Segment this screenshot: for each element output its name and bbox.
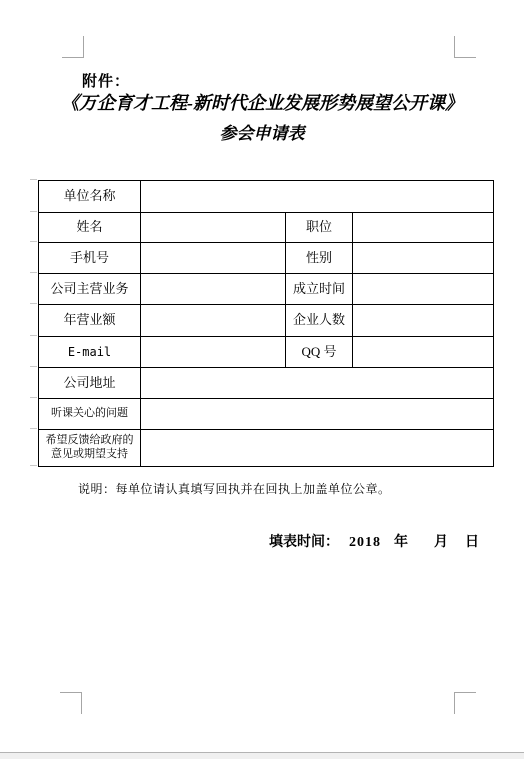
row-boundary-mark — [30, 397, 37, 398]
fill-date-line: 填表时间：2018年月日 — [269, 531, 479, 551]
person-name-field[interactable] — [141, 213, 286, 243]
gender-field[interactable] — [353, 243, 494, 274]
company-address-label: 公司地址 — [39, 368, 141, 399]
row-boundary-mark — [30, 272, 37, 273]
main-business-label: 公司主营业务 — [39, 274, 141, 305]
fill-date-day-unit: 日 — [465, 535, 479, 550]
table-row: 公司地址 — [39, 368, 494, 399]
founded-date-label: 成立时间 — [286, 274, 353, 305]
document-subtitle: 参会申请表 — [0, 123, 524, 145]
table-row: 希望反馈给政府的意见或期望支持 — [39, 430, 494, 467]
fill-date-month-unit: 月 — [434, 535, 448, 550]
row-boundary-mark — [30, 179, 37, 180]
concerns-field[interactable] — [141, 399, 494, 430]
row-boundary-mark — [30, 211, 37, 212]
document-title-block: 《万企育才工程-新时代企业发展形势展望公开课》 参会申请表 — [0, 91, 524, 145]
annual-revenue-field[interactable] — [141, 305, 286, 337]
fill-date-year: 2018 — [349, 535, 381, 550]
mobile-field[interactable] — [141, 243, 286, 274]
table-row: 手机号性别 — [39, 243, 494, 274]
note-line: 说明：每单位请认真填写回执并在回执上加盖单位公章。 — [78, 480, 391, 497]
unit-name-label: 单位名称 — [39, 181, 141, 213]
fill-date-label: 填表时间： — [269, 535, 339, 550]
annual-revenue-label: 年营业额 — [39, 305, 141, 337]
row-boundary-mark — [30, 335, 37, 336]
row-boundary-mark — [30, 366, 37, 367]
page-bottom-edge — [0, 752, 524, 759]
position-field[interactable] — [353, 213, 494, 243]
table-row: 单位名称 — [39, 181, 494, 213]
document-page: 附件： 《万企育才工程-新时代企业发展形势展望公开课》 参会申请表 单位名称姓名… — [0, 0, 524, 759]
gender-label: 性别 — [286, 243, 353, 274]
attachment-label: 附件： — [82, 70, 130, 91]
person-name-label: 姓名 — [39, 213, 141, 243]
row-boundary-mark — [30, 428, 37, 429]
employee-count-label: 企业人数 — [286, 305, 353, 337]
gov-feedback-field[interactable] — [141, 430, 494, 467]
table-row: E-mailQQ 号 — [39, 337, 494, 368]
table-row: 公司主营业务成立时间 — [39, 274, 494, 305]
employee-count-field[interactable] — [353, 305, 494, 337]
position-label: 职位 — [286, 213, 353, 243]
document-title: 《万企育才工程-新时代企业发展形势展望公开课》 — [0, 91, 524, 115]
qq-field[interactable] — [353, 337, 494, 368]
text-boundary-mark-bottom-right — [454, 692, 476, 714]
fill-date-year-unit: 年 — [394, 535, 408, 550]
unit-name-field[interactable] — [141, 181, 494, 213]
row-boundary-mark — [30, 303, 37, 304]
email-field[interactable] — [141, 337, 286, 368]
founded-date-field[interactable] — [353, 274, 494, 305]
gov-feedback-label: 希望反馈给政府的意见或期望支持 — [39, 430, 141, 467]
company-address-field[interactable] — [141, 368, 494, 399]
form-table-body: 单位名称姓名职位手机号性别公司主营业务成立时间年营业额企业人数E-mailQQ … — [39, 181, 494, 467]
text-boundary-mark-bottom-left — [60, 692, 82, 714]
row-boundary-mark — [30, 465, 37, 466]
concerns-label: 听课关心的问题 — [39, 399, 141, 430]
table-row: 姓名职位 — [39, 213, 494, 243]
qq-label: QQ 号 — [286, 337, 353, 368]
email-label: E-mail — [39, 337, 141, 368]
application-form-table: 单位名称姓名职位手机号性别公司主营业务成立时间年营业额企业人数E-mailQQ … — [38, 180, 494, 467]
table-row: 听课关心的问题 — [39, 399, 494, 430]
main-business-field[interactable] — [141, 274, 286, 305]
text-boundary-mark-top-right — [454, 36, 476, 58]
table-row: 年营业额企业人数 — [39, 305, 494, 337]
row-boundary-mark — [30, 241, 37, 242]
text-boundary-mark-top-left — [62, 36, 84, 58]
mobile-label: 手机号 — [39, 243, 141, 274]
